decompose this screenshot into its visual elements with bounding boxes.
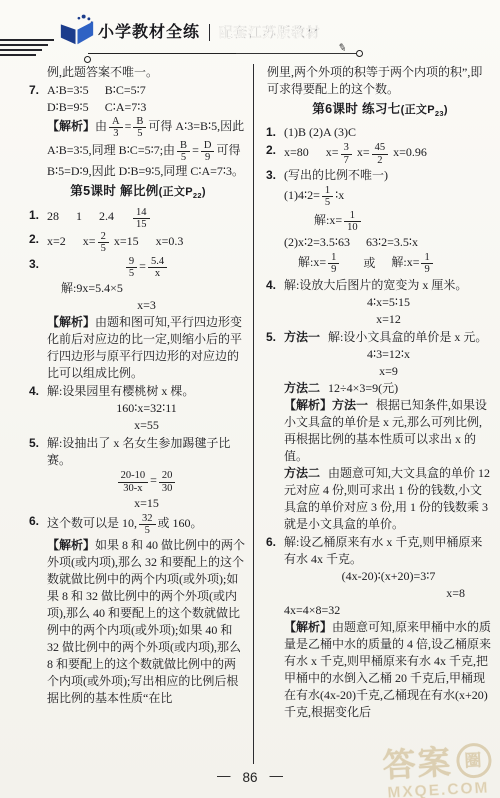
analysis-text: =: [192, 142, 199, 156]
solution-setup: 方法一解:设小文具盒的单价是 x 元。: [284, 329, 493, 346]
solution-result: x=3: [47, 297, 246, 314]
item-number: 1.: [266, 124, 276, 141]
watermark: 答案 圈 MXQE.COM: [382, 742, 494, 798]
rule-ring-left: [84, 56, 91, 63]
answer-value: x=: [326, 145, 339, 159]
analysis-label: 【解析】: [47, 119, 95, 133]
answer-value: (1)B (2)A (3)C: [284, 125, 356, 139]
solution-step: 4x=4×8=32: [284, 602, 493, 619]
answer-value: C∶A=7∶3: [105, 99, 147, 116]
equation: (2)x∶2=3.5∶63 63∶2=3.5∶x: [284, 234, 493, 251]
item-number: 6.: [29, 513, 39, 530]
analysis-text: =: [125, 119, 132, 133]
analysis-label: 【解析】: [284, 398, 332, 412]
answer-text: 这个数可以是 10,: [47, 516, 137, 530]
answer-item-4: 4. 解:设放大后图片的宽变为 x 厘米。 4∶x=5∶15 x=12: [267, 277, 493, 328]
solution-result: x=15: [47, 495, 246, 512]
answer-value: x=15: [114, 234, 139, 248]
analysis-label: 【解析】: [47, 538, 95, 552]
answer-item-6: 6. 解:设乙桶原来有水 x 千克,则甲桶原来有水 4x 千克。 (4x-20)…: [267, 534, 493, 721]
answer-value: 28: [47, 209, 59, 223]
analysis-text: 由题意可知,原来甲桶中水的质量是乙桶中水的质量的 4 倍,设乙桶原来有水 x 千…: [284, 620, 491, 719]
solution-setup: 解:设抽出了 x 名女生参加踢毽子比赛。: [47, 435, 246, 469]
app-subtitle: 配套江苏版教材: [219, 24, 321, 41]
fraction: 95: [126, 256, 137, 280]
item-number: 2.: [266, 142, 276, 159]
analysis-paragraph: 【解析】方法一根据已知条件,如果设小文具盒的单价是 x 元,那么可列比例,再根据…: [284, 397, 493, 465]
answer-item-3: 3. (写出的比例不唯一) (1)4∶2=15∶x 解:x=110 (2)x∶2…: [267, 167, 493, 276]
answer-value: 1: [76, 209, 82, 223]
solution-result: x=9: [284, 363, 493, 380]
solution-result: x=12: [284, 311, 493, 328]
equation: 20-1030-x=2030: [47, 470, 246, 494]
answer-item-6: 6. 这个数可以是 10,325或 160。 【解析】如果 8 和 40 做比例…: [30, 513, 246, 707]
analysis-paragraph: 【解析】由题和图可知,平行四边形变化前后对应边的比一定,则缩小后的平行四边形与原…: [47, 314, 246, 382]
answer-value: D∶B=9∶5: [47, 99, 89, 116]
answer-value: 2.4: [99, 209, 114, 223]
item-number: 5.: [29, 435, 39, 452]
fraction: 325: [139, 513, 156, 537]
solution-result: x=8: [284, 585, 493, 602]
fraction: 20-1030-x: [118, 470, 149, 494]
book-logo-icon: [58, 14, 96, 53]
lesson-heading-5: 第5课时 解比例(正文P22): [30, 183, 246, 204]
fraction: 37: [341, 142, 352, 166]
page-header: 小学教材全练 配套江苏版教材 ✎: [0, 12, 500, 62]
method-label: 方法二: [284, 381, 320, 395]
answer-item-1: 1. 28 1 2.4 1415: [30, 207, 246, 231]
answer-item-4: 4. 解:设果园里有樱桃树 x 棵。 160∶x=32∶11 x=55: [30, 383, 246, 434]
rule-ring-right: [356, 50, 363, 57]
or-connector: 或: [363, 255, 375, 272]
analysis-paragraph: 【解析】如果 8 和 40 做比例中的两个外项(或内项),那么 32 和要配上的…: [47, 537, 246, 707]
answer-value: A∶B=3∶5: [47, 82, 89, 99]
answer-value: x=0.96: [393, 145, 427, 159]
item-number: 4.: [266, 277, 276, 294]
item-number: 7.: [29, 82, 39, 99]
watermark-circle-icon: 圈: [456, 742, 493, 779]
answer-value: x=80: [284, 145, 309, 159]
item-number: 3.: [266, 167, 276, 184]
analysis-label: 【解析】: [284, 620, 332, 634]
fraction: 5.4x: [148, 256, 167, 280]
page-dash-left: —: [217, 767, 231, 784]
analysis-text: 如果 8 和 40 做比例中的两个外项(或内项),那么 32 和要配上的这个数就…: [47, 538, 245, 705]
fraction: 1415: [133, 207, 150, 231]
lesson-heading-6: 第6课时 练习七(正文P23): [267, 101, 493, 122]
continued-text: 例里,两个外项的积等于两个内项的积”,即可求得要配上的这个数。: [267, 64, 493, 98]
fraction: 15: [322, 185, 333, 209]
answer-value: x=: [357, 145, 370, 159]
answer-line: A∶B=3∶5 B∶C=5∶7: [47, 82, 246, 99]
solution-setup: 解:设乙桶原来有水 x 千克,则甲桶原来有水 4x 千克。: [284, 534, 493, 568]
solution-setup: 解:设果园里有樱桃树 x 棵。: [47, 383, 246, 400]
speed-lines-decoration: [0, 36, 54, 59]
page-dash-right: —: [270, 767, 284, 784]
method-label: 方法一: [332, 398, 368, 412]
equation: 4∶3=12∶x: [284, 346, 493, 363]
solution-step: 解:9x=5.4×5: [47, 280, 246, 297]
answer-value: x=2: [47, 234, 66, 248]
fraction: 2030: [159, 470, 176, 494]
answer-item-7: 7. A∶B=3∶5 B∶C=5∶7 D∶B=9∶5 C∶A=7∶3 【解析】由…: [30, 82, 246, 180]
answer-value: B∶C=5∶7: [105, 82, 146, 99]
answer-value: x=0.3: [156, 234, 184, 248]
analysis-paragraph: 方法二由题意可知,大文具盒的单价 12 元对应 4 份,则可求出 1 份的钱数,…: [284, 465, 493, 533]
item-number: 4.: [29, 383, 39, 400]
title-divider: [209, 24, 210, 41]
fraction: 25: [98, 231, 109, 255]
equation: 160∶x=32∶11: [47, 400, 246, 417]
solution-setup: 解:设放大后图片的宽变为 x 厘米。: [284, 277, 493, 294]
item-number: 1.: [29, 207, 39, 224]
fraction: 19: [421, 252, 432, 276]
fraction: B5: [177, 140, 190, 164]
answer-item-1: 1. (1)B (2)A (3)C: [267, 124, 493, 141]
fraction: 19: [328, 252, 339, 276]
answer-item-5: 5. 方法一解:设小文具盒的单价是 x 元。 4∶3=12∶x x=9 方法二1…: [267, 329, 493, 533]
content-columns: 例,此题答案不唯一。 7. A∶B=3∶5 B∶C=5∶7 D∶B=9∶5 C∶…: [30, 64, 495, 764]
watermark-logo-text: 答案 圈: [382, 742, 493, 783]
answer-item-5: 5. 解:设抽出了 x 名女生参加踢毽子比赛。 20-1030-x=2030 x…: [30, 435, 246, 512]
answer-text: 或 160。: [158, 516, 203, 530]
page-number: 86: [242, 770, 257, 785]
method-label: 方法二: [284, 466, 320, 480]
header-rule: [88, 53, 236, 54]
fraction: B5: [133, 116, 146, 140]
method-label: 方法一: [284, 330, 320, 344]
left-column: 例,此题答案不唯一。 7. A∶B=3∶5 B∶C=5∶7 D∶B=9∶5 C∶…: [30, 64, 253, 764]
solution-result: x=55: [47, 417, 246, 434]
item-number: 2.: [29, 231, 39, 248]
item-number: 6.: [266, 534, 276, 551]
equation: 95=5.4x: [47, 256, 246, 280]
fraction: A3: [109, 116, 123, 140]
solution-step: 解:x=110: [284, 210, 493, 234]
solution-step: 方法二12÷4×3=9(元): [284, 380, 493, 397]
app-title: 小学教材全练: [98, 24, 200, 41]
answer-value: x=: [83, 234, 96, 248]
answer-item-2: 2. x=80 x=37 x=452 x=0.96: [267, 142, 493, 166]
right-column: 例里,两个外项的积等于两个内项的积”,即可求得要配上的这个数。 第6课时 练习七…: [253, 64, 495, 764]
equation: 4∶x=5∶15: [284, 294, 493, 311]
analysis-paragraph: 【解析】由A3=B5可得 A∶3=B∶5,因此 A∶B=3∶5,同理 B∶C=5…: [47, 116, 246, 180]
analysis-label: 【解析】: [47, 315, 95, 329]
equation: (4x-20)∶(x+20)=3∶7: [284, 568, 493, 585]
solution-step: 解:x=19 或 解:x=19: [284, 252, 493, 276]
fraction: D9: [201, 140, 215, 164]
pen-nib-icon: ✎: [336, 39, 348, 58]
equation: (1)4∶2=15∶x: [284, 185, 493, 209]
answer-item-2: 2. x=2 x=25 x=15 x=0.3: [30, 231, 246, 255]
fraction: 452: [372, 142, 389, 166]
answer-note: (写出的比例不唯一): [284, 167, 493, 184]
item-number: 3.: [29, 256, 39, 273]
answer-item-3: 3. 95=5.4x 解:9x=5.4×5 x=3 【解析】由题和图可知,平行四…: [30, 256, 246, 383]
item-number: 5.: [266, 329, 276, 346]
analysis-paragraph: 【解析】由题意可知,原来甲桶中水的质量是乙桶中水的质量的 4 倍,设乙桶原来有水…: [284, 619, 493, 721]
analysis-text: 由: [95, 119, 107, 133]
fraction: 110: [344, 210, 361, 234]
answer-line: D∶B=9∶5 C∶A=7∶3: [47, 99, 246, 116]
continued-text: 例,此题答案不唯一。: [30, 64, 246, 81]
